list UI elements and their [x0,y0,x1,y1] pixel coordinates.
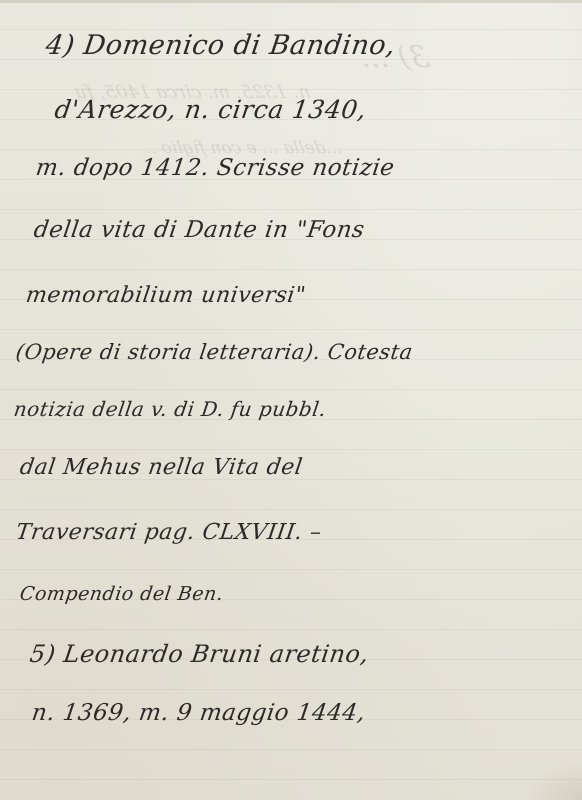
entry-4-heading: 4) Domenico di Bandino, [44,30,398,61]
text-line: notizia della v. di D. fu pubbl. [12,397,328,421]
entry-5-heading: 5) Leonardo Bruni aretino, [28,640,371,668]
paper-corner-stain [522,760,582,800]
text-line: Compendio del Ben. [18,583,224,605]
text-line: (Opere di storia letteraria). Cotesta [14,340,414,364]
paper-top-edge [0,0,582,3]
text-line: dal Mehus nella Vita del [18,455,304,480]
text-line: n. 1369, m. 9 maggio 1444, [30,700,367,726]
text-line: memorabilium universi" [24,283,307,308]
manuscript-page: 3) ... n. 1325, m. circa 1405, fu ...del… [0,0,582,800]
text-line: d'Arezzo, n. circa 1340, [53,95,368,124]
text-line: Traversari pag. CLXVIII. – [14,520,323,545]
text-line: m. dopo 1412. Scrisse notizie [34,155,396,181]
text-line: della vita di Dante in "Fons [32,217,366,243]
